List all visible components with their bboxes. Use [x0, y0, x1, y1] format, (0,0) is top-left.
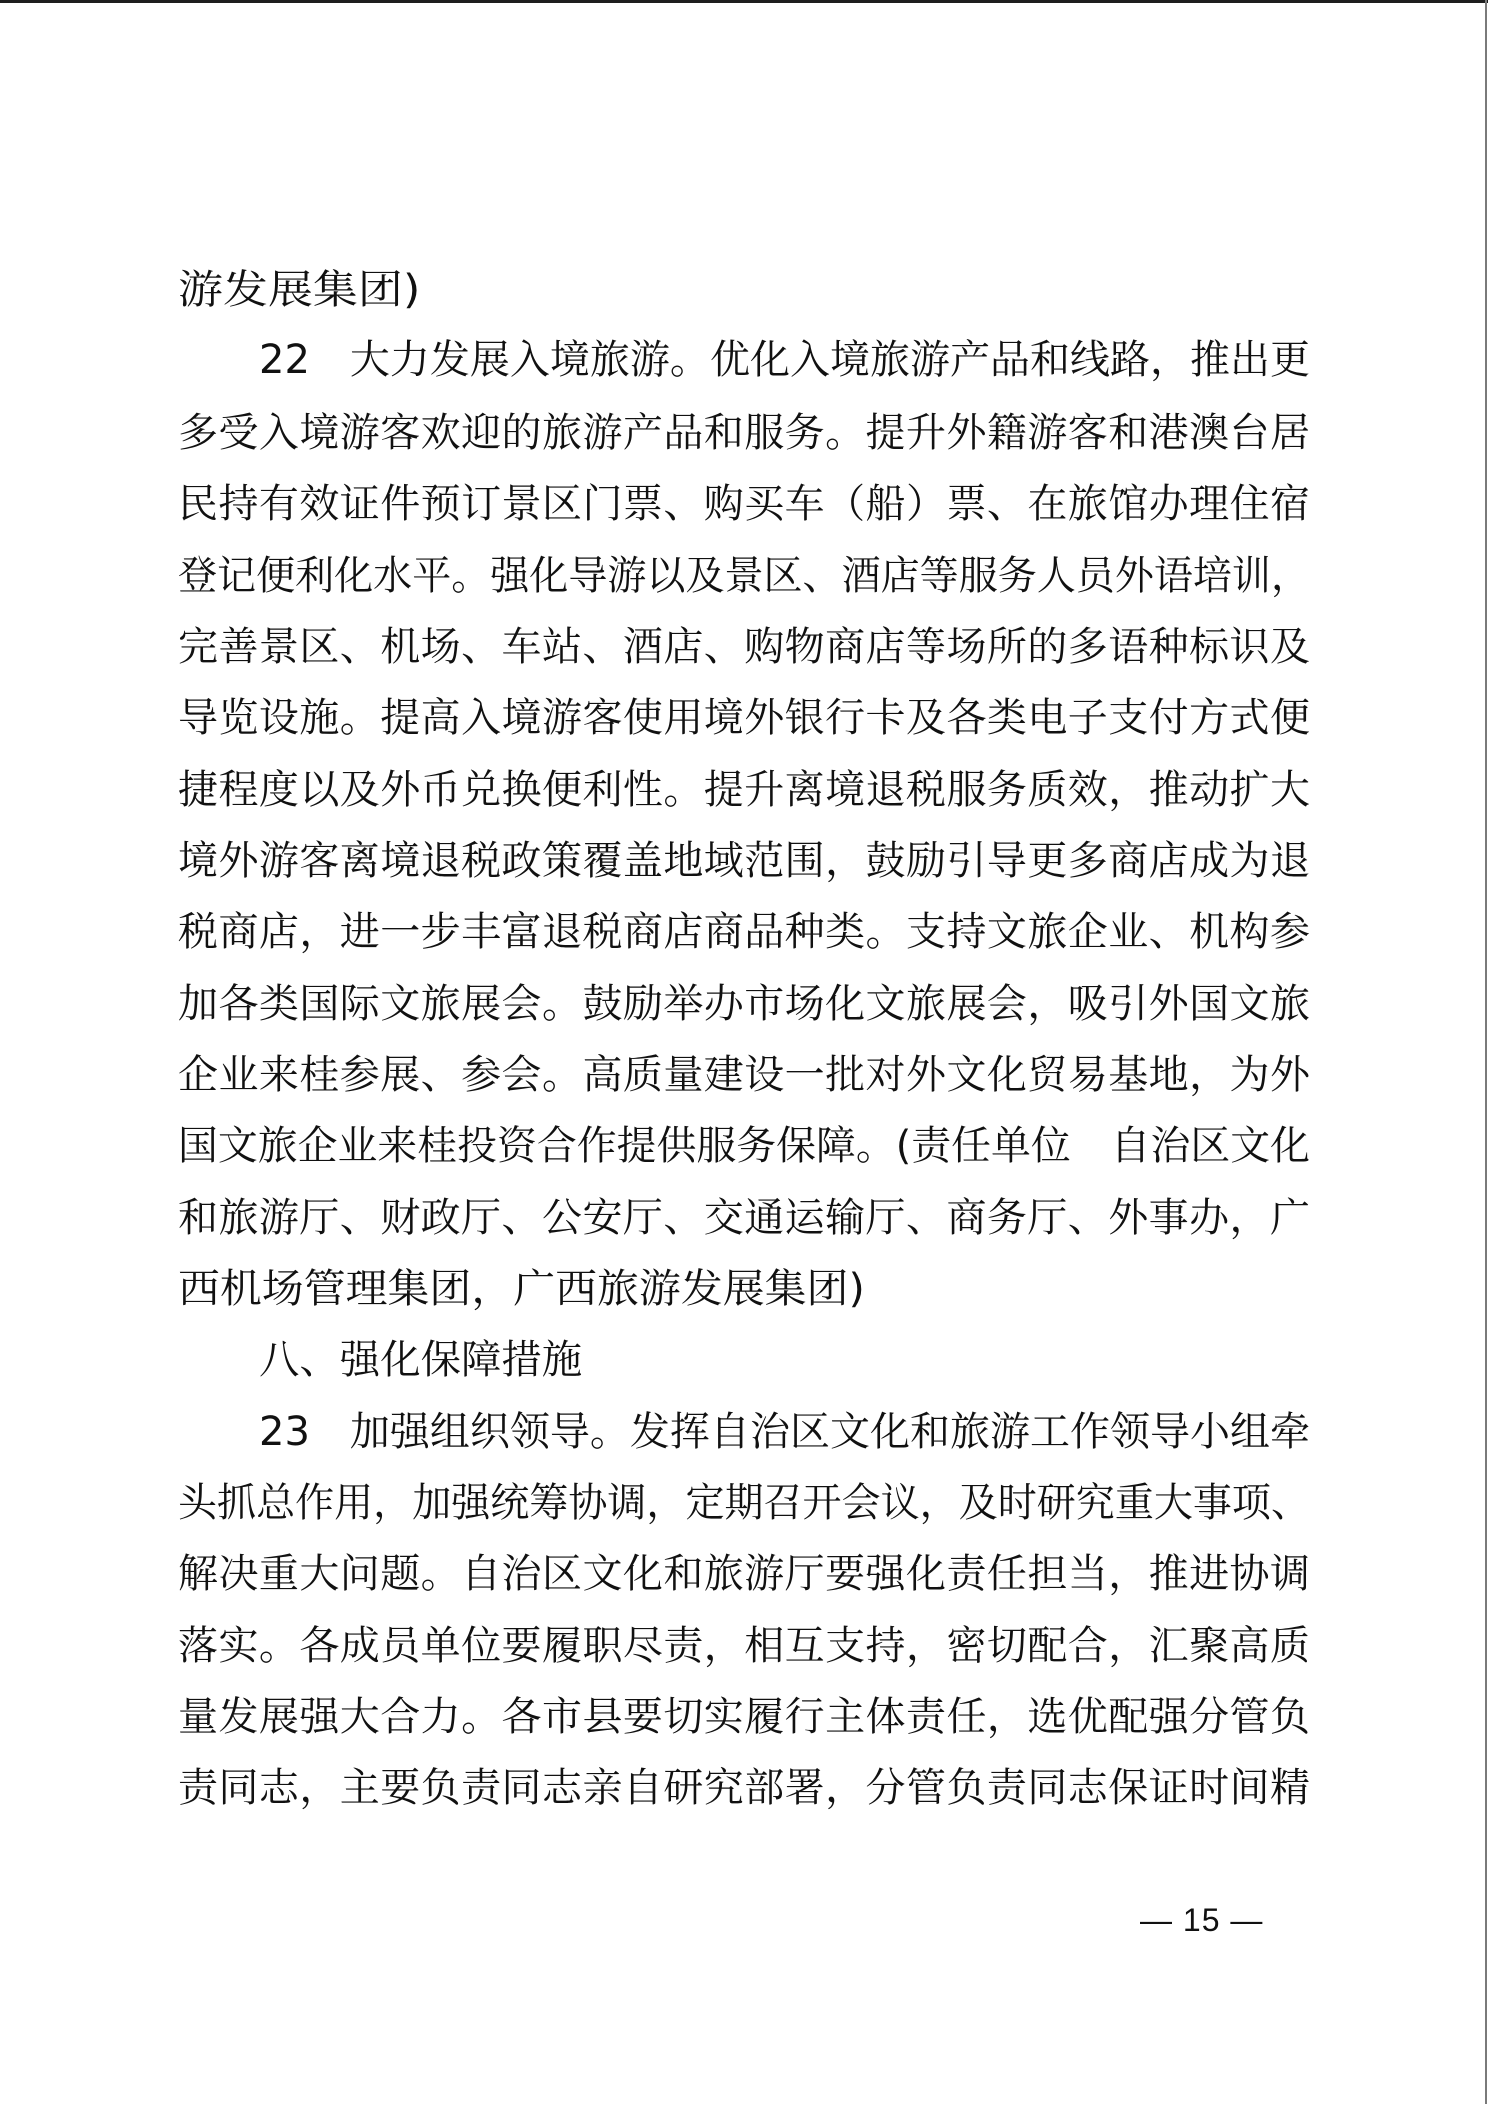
document-page: 游发展集团) 22 大力发展入境旅游。优化入境旅游产品和线路，推出更 多受入境游…	[0, 0, 1488, 2104]
text-line: 落实。各成员单位要履职尽责，相互支持，密切配合，汇聚高质	[178, 1622, 1310, 1670]
text-line: 境外游客离境退税政策覆盖地域范围，鼓励引导更多商店成为退	[178, 837, 1310, 885]
text-line: 捷程度以及外币兑换便利性。提升离境退税服务质效，推动扩大	[178, 766, 1310, 814]
text-line: 加各类国际文旅展会。鼓励举办市场化文旅展会，吸引外国文旅	[178, 980, 1310, 1028]
text-line: 量发展强大合力。各市县要切实履行主体责任，选优配强分管负	[178, 1693, 1310, 1741]
text-line-item-23-start: 23 加强组织领导。发挥自治区文化和旅游工作领导小组牵	[259, 1408, 1310, 1456]
text-line: 税商店，进一步丰富退税商店商品种类。支持文旅企业、机构参	[178, 908, 1310, 956]
page-right-border	[1485, 0, 1487, 2104]
text-line: 国文旅企业来桂投资合作提供服务保障。(责任单位 自治区文化	[178, 1122, 1310, 1170]
page-number: — 15 —	[1140, 1900, 1263, 1940]
text-line: 游发展集团)	[178, 266, 1451, 314]
text-line: 完善景区、机场、车站、酒店、购物商店等场所的多语种标识及	[178, 623, 1310, 671]
text-line: 和旅游厅、财政厅、公安厅、交通运输厅、商务厅、外事办，广	[178, 1194, 1310, 1242]
text-line: 西机场管理集团，广西旅游发展集团)	[178, 1265, 1364, 1313]
text-line: 登记便利化水平。强化导游以及景区、酒店等服务人员外语培训，	[178, 552, 1310, 600]
text-line: 企业来桂参展、参会。高质量建设一批对外文化贸易基地，为外	[178, 1051, 1310, 1099]
text-line-item-22-start: 22 大力发展入境旅游。优化入境旅游产品和线路，推出更	[259, 336, 1310, 384]
text-line: 导览设施。提高入境游客使用境外银行卡及各类电子支付方式便	[178, 694, 1310, 742]
text-line: 民持有效证件预订景区门票、购买车（船）票、在旅馆办理住宿	[178, 480, 1310, 528]
text-line: 头抓总作用，加强统筹协调，定期召开会议，及时研究重大事项、	[178, 1479, 1310, 1527]
text-line: 多受入境游客欢迎的旅游产品和服务。提升外籍游客和港澳台居	[178, 409, 1310, 457]
text-line: 责同志，主要负责同志亲自研究部署，分管负责同志保证时间精	[178, 1764, 1310, 1812]
page-top-border	[0, 0, 1488, 3]
text-line: 解决重大问题。自治区文化和旅游厅要强化责任担当，推进协调	[178, 1550, 1310, 1598]
section-heading: 八、强化保障措施	[259, 1336, 1321, 1384]
